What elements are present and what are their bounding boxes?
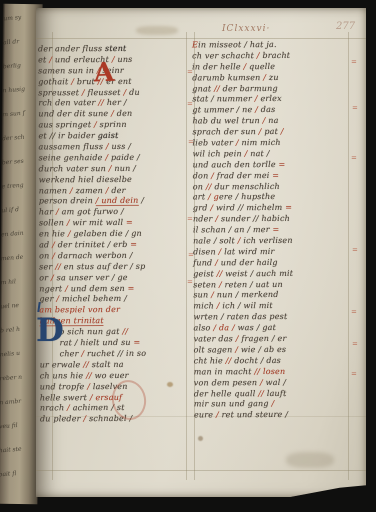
manuscript-line: von dem pesen / wal / — [194, 377, 354, 389]
text-segment: und der dit sune — [38, 109, 111, 118]
text-segment: spreusset — [38, 88, 82, 97]
text-segment: wird // michelm — [213, 203, 285, 212]
text-segment: nun / merkend — [214, 290, 279, 299]
red-margin-mark: = — [351, 370, 357, 378]
parchment-stain — [198, 436, 203, 441]
illuminated-initial-d: D — [36, 311, 64, 349]
text-segment: gt ummer / ne — [192, 105, 255, 114]
text-segment: seine genhaide — [39, 153, 106, 162]
text-segment: am got furwo / — [59, 207, 124, 216]
manuscript-line: hab du wel trun / na — [192, 116, 352, 128]
text-segment: ad — [39, 240, 52, 249]
ruling-line-horizontal — [36, 470, 366, 471]
prev-page-text-fragment: en dain — [1, 229, 39, 242]
red-margin-mark: = — [187, 68, 193, 76]
prev-page-text-fragment: ber ses — [2, 157, 40, 170]
manuscript-line: et // ir baider gaist — [38, 131, 188, 143]
text-segment: wal / — [263, 378, 286, 387]
text-segment: don — [193, 171, 211, 180]
text-segment: = — [285, 203, 292, 212]
manuscript-line: har / am got furwo / — [39, 207, 189, 219]
prev-page-text-fragment: uel ne — [0, 301, 38, 314]
text-segment: quelle — [246, 62, 275, 71]
text-segment: / — [281, 127, 284, 136]
text-segment: sa unser ver / ge — [54, 273, 128, 282]
manuscript-line: darumb kumsen / zu — [192, 72, 352, 84]
text-segment: art — [193, 193, 208, 202]
text-segment: wir mit wall — [70, 218, 126, 227]
text-segment: gothait — [38, 77, 71, 86]
manuscript-line: nale / solt / ich verlisen — [193, 236, 353, 248]
text-segment: durch vater sun — [39, 164, 109, 173]
red-margin-mark: = — [351, 58, 357, 66]
prev-page-text-fragment: all dr — [3, 37, 41, 50]
manuscript-line: grd / wird // michelm = — [193, 203, 353, 215]
text-segment: der — [109, 186, 126, 195]
manuscript-line: mir sun und gang / — [194, 399, 354, 411]
manuscript-line: also / da / was / gat — [193, 323, 353, 335]
text-segment: reten / uat un — [222, 280, 283, 289]
text-segment: gaist — [98, 131, 119, 140]
text-segment: nim mich — [239, 138, 281, 147]
manuscript-line: vater das / fragen / er — [194, 334, 354, 346]
text-segment: und dem sen — [68, 284, 128, 293]
manuscript-line: ch ver schacht / bracht — [192, 50, 352, 62]
red-margin-mark: = — [352, 104, 358, 112]
manuscript-line: in der helle / quelle — [192, 61, 352, 73]
manuscript-line: man in macht // losen — [194, 366, 354, 378]
manuscript-line: ser // en stus auf der / sp — [39, 261, 189, 273]
red-margin-mark: = — [187, 278, 193, 286]
text-segment: olt sagen — [194, 345, 236, 354]
manuscript-line: aussamen fluss / uss / — [39, 142, 189, 154]
prev-page-text-fragment: um sy — [3, 13, 41, 26]
text-segment: zu — [266, 73, 279, 82]
red-margin-mark: = — [352, 246, 358, 254]
text-segment: docht / das — [231, 356, 281, 365]
text-segment: der trinitet / erb — [55, 240, 130, 249]
text-segment: ich / wil mit — [220, 301, 273, 310]
red-margin-mark: = — [351, 308, 357, 316]
text-segment: gnat — [192, 84, 214, 93]
text-segment: ich verlisen — [241, 236, 293, 245]
manuscript-line: olt sagen / wie / ab es — [194, 345, 354, 357]
text-segment: grd — [193, 204, 210, 213]
manuscript-line: aus springet / sprinn — [38, 120, 188, 132]
manuscript-line: namen / zamen / der — [39, 185, 189, 197]
text-segment: wie / ab es — [238, 345, 286, 354]
text-segment: mich — [193, 302, 216, 311]
text-column-left: der ander fluss stentet / und erleucht /… — [38, 44, 190, 426]
text-segment: nrach — [40, 404, 67, 413]
text-segment: der ander fluss — [38, 44, 105, 53]
manuscript-line: rch den vater // her / — [38, 98, 188, 110]
text-segment: in der helle — [192, 62, 243, 71]
text-segment: on — [193, 182, 206, 191]
text-segment: ruchet // in so — [84, 349, 146, 358]
text-segment: den — [114, 109, 132, 118]
manuscript-line: ad / der trinitet / erb = — [39, 240, 189, 252]
prev-page-text-fragment: m hil — [0, 277, 38, 290]
text-segment: har — [39, 208, 56, 217]
text-segment: ger — [39, 295, 56, 304]
text-segment: aussamen fluss — [39, 142, 106, 151]
text-segment: ser — [39, 262, 55, 271]
manuscript-line: nder / sunder // habich — [193, 214, 353, 226]
manuscript-line: der ander fluss stent — [38, 44, 188, 56]
folio-number: 277 — [336, 21, 366, 32]
text-segment: fund — [193, 258, 215, 267]
text-segment: zamen — [73, 186, 106, 195]
text-segment: lauft — [264, 388, 286, 397]
prev-page-text-fragment: e treng — [1, 181, 39, 194]
prev-page-text-fragment: men de — [1, 253, 39, 266]
manuscript-line: geist // weist / auch mit — [193, 268, 353, 280]
text-segment: fleusset — [85, 88, 124, 97]
prev-page-text-fragment: ul if d — [1, 205, 39, 218]
manuscript-line: und der dit sune / den — [38, 109, 188, 121]
manuscript-line: art / gere / hupsthe — [193, 192, 353, 204]
text-segment: rch den vater — [38, 99, 98, 108]
red-margin-mark: = — [187, 215, 193, 223]
text-segment: o sich nun gat — [59, 327, 122, 336]
red-margin-mark: = — [351, 154, 357, 162]
manuscript-line: sollen / wir mit wall = — [39, 218, 189, 230]
text-segment: et — [38, 55, 49, 64]
prev-page-text-fragment: b rel h — [0, 325, 38, 338]
text-segment: / — [138, 196, 144, 205]
text-segment: cher — [60, 349, 82, 358]
text-segment: = — [126, 218, 133, 227]
text-segment: eure — [194, 411, 216, 420]
manuscript-line: stat / nummer / erlex — [192, 94, 352, 106]
text-segment: sollen — [39, 218, 67, 227]
manuscript-line: gnat // der barmung — [192, 83, 352, 95]
manuscript-line: und auch den torlle = — [193, 159, 353, 171]
prev-page-text-fragment: hait ste — [0, 445, 36, 458]
manuscript-line: ngert / und dem sen = — [39, 283, 189, 295]
manuscript-line: wrten / raten das pest — [193, 312, 353, 324]
manuscript-line: don / frad der mei = — [193, 170, 353, 182]
prev-page-text-fragment: bait fl — [0, 469, 36, 482]
manuscript-line: wil ich pein / nat / — [193, 148, 353, 160]
text-segment: ch ver schacht — [192, 51, 257, 60]
text-segment: sprinn — [97, 120, 127, 129]
red-margin-mark: = — [187, 100, 193, 108]
text-segment: namen — [39, 186, 70, 195]
text-segment: stent — [105, 44, 126, 53]
text-segment: weist / auch mit — [222, 269, 293, 278]
text-segment: paide / — [108, 153, 140, 162]
text-segment: also — [193, 323, 213, 332]
text-segment: ur erwale — [40, 360, 84, 369]
manuscript-line: cht hie // docht / das — [194, 355, 354, 367]
text-segment: nale / solt — [193, 236, 238, 245]
prev-page-text-fragment: n husig — [2, 85, 40, 98]
manuscript-line: spreusset / fleusset / du — [38, 87, 188, 99]
rubricated-initial-a: A — [93, 58, 114, 89]
text-segment: vater das — [194, 334, 236, 343]
text-segment: und tropfe — [40, 382, 87, 391]
text-segment: lat wird mir — [221, 247, 274, 256]
text-segment: = — [130, 240, 137, 249]
text-segment: ret und steure / — [219, 410, 288, 419]
manuscript-line: ch uns hie // wo euer — [40, 370, 190, 382]
manuscript-line: ger / michel behem / — [39, 294, 189, 306]
text-segment: sprach der sun — [192, 127, 258, 136]
text-segment: // — [122, 327, 128, 336]
prev-page-text-fragment: nelis u — [0, 349, 37, 362]
text-segment: en hie — [39, 229, 68, 238]
text-segment: lieb vater — [193, 138, 236, 147]
text-segment: man in macht — [194, 367, 255, 376]
manuscript-line: sprach der sun / pat / — [192, 127, 352, 139]
manuscript-line: Ein misseot / hat ja. — [192, 40, 352, 52]
manuscript-line: ur erwale // stalt na — [40, 359, 190, 371]
text-segment: erlex — [258, 94, 282, 103]
erased-mark — [136, 26, 178, 35]
manuscript-line: cher / ruchet // in so — [40, 349, 190, 361]
text-segment: bracht — [260, 51, 291, 60]
text-segment: der barmung — [220, 84, 278, 93]
text-segment: / — [271, 399, 274, 408]
chapter-heading: IClxxxvi· — [222, 24, 292, 34]
text-segment: wo euer — [92, 371, 129, 380]
text-segment: / da / — [213, 323, 235, 332]
manuscript-line: seine genhaide / paide / — [39, 153, 189, 165]
text-segment: = — [133, 338, 140, 347]
text-segment: = — [272, 225, 279, 234]
text-segment: or — [39, 273, 51, 282]
text-segment: was / gat — [235, 323, 276, 332]
manuscript-line: fund / und der hailg — [193, 257, 353, 269]
text-segment: on — [39, 251, 52, 260]
text-segment: helle swert — [40, 393, 90, 402]
manuscript-line: on / darnach werbon / — [39, 251, 189, 263]
text-segment: du — [126, 87, 139, 96]
manuscript-page: IClxxxvi· 277 der ander fluss stentet / … — [36, 8, 366, 497]
text-segment: aus springet — [38, 120, 94, 129]
text-segment: du pleder — [40, 414, 83, 423]
text-segment: / und dein — [96, 196, 139, 206]
text-segment: wrten / raten das pest — [193, 312, 287, 321]
text-segment: ere / hupsthe — [219, 192, 275, 201]
prev-page-text-fragment: m sun f — [2, 109, 40, 122]
text-segment: rat / hielt und su — [60, 338, 134, 347]
text-segment: disen — [193, 247, 218, 256]
manuscript-line: seten / reten / uat un — [193, 279, 353, 291]
manuscript-line: eure / ret und steure / — [194, 410, 354, 422]
text-segment: // losen — [254, 367, 285, 376]
manuscript-photo: um syall drberlign husigm sun fder schbe… — [0, 0, 376, 512]
manuscript-line: werkend hiel dieselbe — [39, 174, 189, 186]
text-segment: person drein — [39, 197, 96, 206]
text-segment: en stus auf der / sp — [61, 262, 145, 271]
text-segment: frad der mei — [214, 171, 272, 180]
text-segment: ngert — [39, 284, 65, 293]
text-segment: gelaben die / gn — [71, 229, 142, 238]
text-segment: werkend hiel dieselbe — [39, 175, 132, 184]
text-segment: von dem pesen — [194, 378, 260, 387]
text-segment: wil ich pein — [193, 149, 245, 158]
manuscript-line: der helle quall // lauft — [194, 388, 354, 400]
manuscript-line: on // dur menschlich — [193, 181, 353, 193]
text-segment: hab du wel trun — [192, 116, 262, 125]
manuscript-line: mich / ich / wil mit — [193, 301, 353, 313]
text-segment: samen sun in — [38, 66, 97, 75]
text-segment: michel behem / — [59, 294, 127, 303]
prev-page-text-fragment: der sch — [2, 133, 40, 146]
parchment-smudge — [286, 452, 334, 468]
text-segment: cht hie — [194, 356, 226, 365]
text-segment: nat / — [247, 149, 269, 158]
text-column-right: Ein misseot / hat ja.ch ver schacht / br… — [192, 40, 354, 422]
manuscript-line: or / sa unser ver / ge — [39, 272, 189, 284]
text-segment: stat / nummer — [192, 95, 255, 104]
text-segment: sun — [193, 291, 211, 300]
text-segment: dur menschlich — [212, 182, 280, 191]
prev-page-text-fragment: n ambr — [0, 397, 37, 410]
text-segment: / g — [208, 193, 219, 202]
manuscript-line: en hie / gelaben die / gn — [39, 229, 189, 241]
text-segment: in misseot / hat ja. — [198, 40, 277, 49]
text-segment: il schan / an / mer — [193, 225, 273, 234]
text-segment: das — [258, 105, 275, 114]
prev-page-text-fragment: berlig — [3, 61, 41, 74]
text-segment: mir sun und gang — [194, 399, 272, 408]
text-segment: stalt na — [89, 360, 124, 369]
text-segment: her / — [104, 98, 127, 107]
manuscript-line: il schan / an / mer = — [193, 225, 353, 237]
text-segment: = — [272, 171, 279, 180]
text-segment: fragen / er — [239, 334, 287, 343]
prev-page-text-fragment: veu fil — [0, 421, 37, 434]
text-segment: = — [279, 160, 286, 169]
manuscript-line: person drein / und dein / — [39, 196, 189, 208]
text-segment: darnach werbon / — [55, 251, 133, 260]
red-margin-mark: = — [188, 251, 194, 259]
red-margin-mark: = — [188, 138, 194, 146]
text-segment: pat — [262, 127, 281, 136]
text-segment: uss / — [109, 142, 131, 151]
text-segment: = — [128, 283, 135, 292]
manuscript-line: sun / nun / merkend — [193, 290, 353, 302]
text-segment: uns — [115, 55, 133, 64]
manuscript-line: du pleder / schnabel / — [40, 414, 190, 426]
text-segment: na — [265, 116, 278, 125]
text-segment: nun / — [112, 164, 136, 173]
text-segment: nder — [193, 215, 215, 224]
manuscript-line: lieb vater / nim mich — [193, 138, 353, 150]
red-margin-mark: = — [352, 340, 358, 348]
parchment-stain — [167, 382, 173, 387]
manuscript-line: gt ummer / ne / das — [192, 105, 352, 117]
text-segment: seten — [193, 280, 219, 289]
text-segment: und der hailg — [221, 258, 278, 267]
text-segment: und auch den torlle — [193, 160, 279, 169]
prev-page-text-fragment: reber n — [0, 373, 37, 386]
manuscript-line: durch vater sun / nun / — [39, 163, 189, 175]
text-segment: der helle quall — [194, 389, 258, 398]
text-segment: darumb kumsen — [192, 73, 263, 82]
text-segment: ch uns hie — [40, 371, 86, 380]
text-segment: et // ir baider — [38, 131, 97, 140]
manuscript-line: disen / lat wird mir — [193, 247, 353, 259]
text-segment: geist — [193, 269, 217, 278]
text-segment: sunder // habich — [218, 214, 290, 223]
